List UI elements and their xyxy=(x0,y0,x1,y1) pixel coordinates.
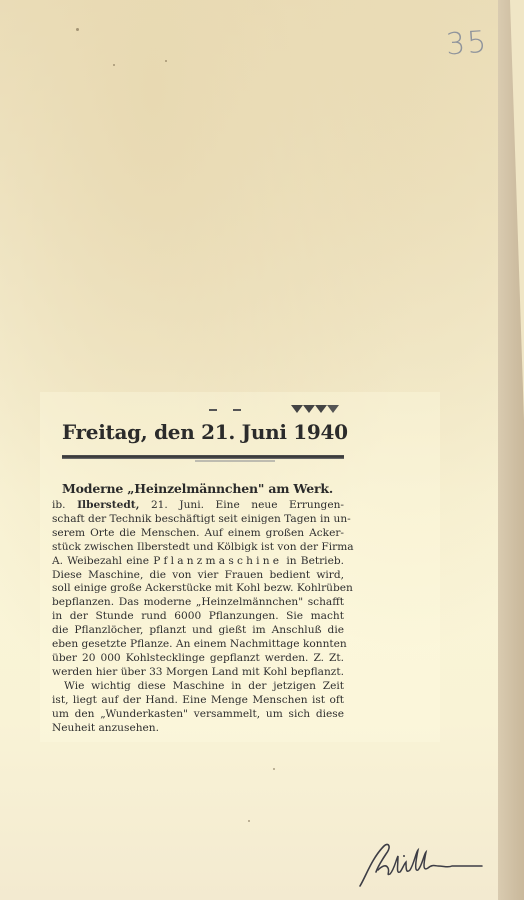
ornament-dash xyxy=(233,409,241,411)
article-line: um den „Wunderkasten" versammelt, um sic… xyxy=(52,708,344,722)
article-line: über 20 000 Kohlstecklinge gepflanzt wer… xyxy=(52,652,344,666)
article-line: soll einige große Ackerstücke mit Kohl b… xyxy=(52,582,344,596)
ornament-triangle-icon xyxy=(315,405,327,413)
masthead-rule-faint xyxy=(195,460,275,462)
article-line: A. Weibezahl eine Pflanzmaschine in Betr… xyxy=(52,555,344,569)
ornament-triangle-icon xyxy=(291,405,303,413)
article-line: ist, liegt auf der Hand. Eine Menge Mens… xyxy=(52,694,344,708)
masthead-rule xyxy=(62,455,344,459)
ornament-dash xyxy=(209,409,217,411)
ornament-diamond-icon xyxy=(327,405,339,413)
ornament-triangle-icon xyxy=(303,405,315,413)
article-line: serem Orte die Menschen. Auf einem große… xyxy=(52,527,344,541)
article-line: in der Stunde rund 6000 Pflanzungen. Sie… xyxy=(52,610,344,624)
article-line: werden hier über 33 Morgen Land mit Kohl… xyxy=(52,666,344,680)
article-dateline: Ilberstedt, xyxy=(77,499,139,511)
paper-speck xyxy=(113,64,115,66)
masthead-ornament xyxy=(205,405,345,417)
article-line: Wie wichtig diese Maschine in der jetzig… xyxy=(52,680,344,694)
masthead-date: Freitag, den 21. Juni 1940 xyxy=(62,420,342,444)
handwritten-signature xyxy=(352,836,492,896)
paper-speck xyxy=(165,60,167,62)
article-line: schaft der Technik beschäftigt seit eini… xyxy=(52,513,344,527)
article-line: eben gesetzte Pflanze. An einem Nachmitt… xyxy=(52,638,344,652)
article-line: ib. Ilberstedt, 21. Juni. Eine neue Erru… xyxy=(52,499,344,513)
page-number-annotation: 35 xyxy=(445,25,490,63)
paper-speck xyxy=(273,768,275,770)
article-line: die Pflanzlöcher, pflanzt und gießt im A… xyxy=(52,624,344,638)
sheet-edge-shadow xyxy=(510,0,524,420)
article-line: stück zwischen Ilberstedt und Kölbigk is… xyxy=(52,541,344,555)
article-body: ib. Ilberstedt, 21. Juni. Eine neue Erru… xyxy=(52,499,344,735)
emphasized-term: Pflanzmaschine xyxy=(153,555,282,567)
paper-speck xyxy=(248,820,250,822)
article-headline: Moderne „Heinzelmännchen" am Werk. xyxy=(62,481,342,496)
paper-speck xyxy=(76,28,79,31)
article-line: bepflanzen. Das moderne „Heinzelmännchen… xyxy=(52,596,344,610)
article-line: Diese Maschine, die von vier Frauen bedi… xyxy=(52,569,344,583)
article-line: Neuheit anzusehen. xyxy=(52,722,344,736)
